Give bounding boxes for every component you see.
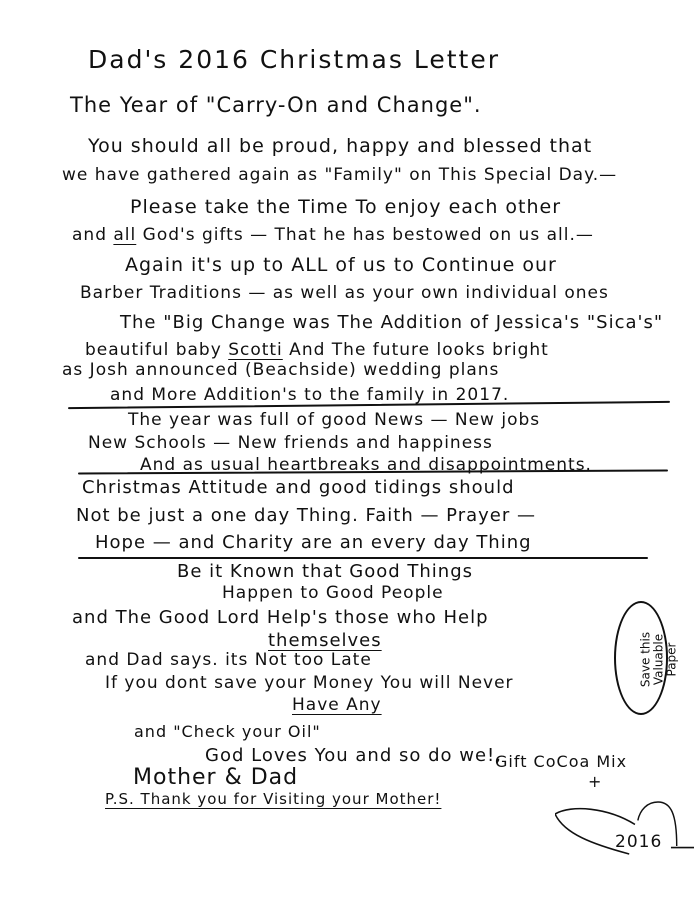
letter-title: Dad's 2016 Christmas Letter <box>88 45 500 74</box>
side-note-cocoa: Gift CoCoa Mix <box>495 752 627 771</box>
postscript: P.S. Thank you for Visiting your Mother! <box>105 790 441 808</box>
paragraph4-line3: as Josh announced (Beachside) wedding pl… <box>62 360 499 380</box>
paragraph7-line3: and The Good Lord Help's those who Help <box>72 607 489 628</box>
divider-line <box>78 557 648 559</box>
and-word: and <box>72 225 113 245</box>
oval-note-line3: Paper <box>666 605 679 715</box>
beautiful-baby: beautiful baby <box>85 340 228 360</box>
paragraph6-line3: Hope — and Charity are an every day Thin… <box>95 532 532 553</box>
paragraph1-line2: we have gathered again as "Family" on Th… <box>62 165 617 185</box>
underlined-all: all <box>113 225 136 245</box>
paragraph9: and "Check your Oil" <box>134 722 321 741</box>
paragraph1-line1: You should all be proud, happy and bless… <box>88 135 592 157</box>
paragraph6-line2: Not be just a one day Thing. Faith — Pra… <box>76 505 536 526</box>
paragraph2-line1: Please take the Time To enjoy each other <box>130 196 561 218</box>
underlined-scotti: Scotti <box>228 340 283 360</box>
paragraph5-line2: New Schools — New friends and happiness <box>88 433 493 453</box>
paragraph8-line2: If you dont save your Money You will Nev… <box>105 673 514 693</box>
oval-note-text: Save this Valuable Paper <box>640 605 679 715</box>
paragraph3-line2: Barber Traditions — as well as your own … <box>80 283 609 303</box>
paragraph7-line2: Happen to Good People <box>222 583 444 603</box>
rest: God's gifts — That he has bestowed on us… <box>136 225 594 245</box>
paragraph7-line1: Be it Known that Good Things <box>177 561 473 582</box>
paragraph7-line4: themselves <box>268 630 382 651</box>
paragraph8-line1: and Dad says. its Not too Late <box>85 650 372 670</box>
letter-subtitle: The Year of "Carry-On and Change". <box>70 93 482 117</box>
paragraph2-line2: and all God's gifts — That he has bestow… <box>72 225 594 245</box>
paragraph3-line1: Again it's up to ALL of us to Continue o… <box>125 254 557 276</box>
rest: And The future looks bright <box>283 340 549 360</box>
paragraph5-line1: The year was full of good News — New job… <box>128 410 540 430</box>
paragraph4-line1: The "Big Change was The Addition of Jess… <box>120 312 663 333</box>
side-note-plus: + <box>588 772 602 791</box>
paragraph4-line2: beautiful baby Scotti And The future loo… <box>85 340 549 360</box>
heart-year: 2016 <box>615 832 662 852</box>
closing-line: God Loves You and so do we!, <box>205 745 502 766</box>
signature: Mother & Dad <box>133 765 298 790</box>
letter-page: Dad's 2016 Christmas Letter The Year of … <box>0 0 700 899</box>
paragraph8-line3: Have Any <box>292 695 382 715</box>
paragraph6-line1: Christmas Attitude and good tidings shou… <box>82 477 515 498</box>
paragraph4-line4: and More Addition's to the family in 201… <box>110 385 509 405</box>
